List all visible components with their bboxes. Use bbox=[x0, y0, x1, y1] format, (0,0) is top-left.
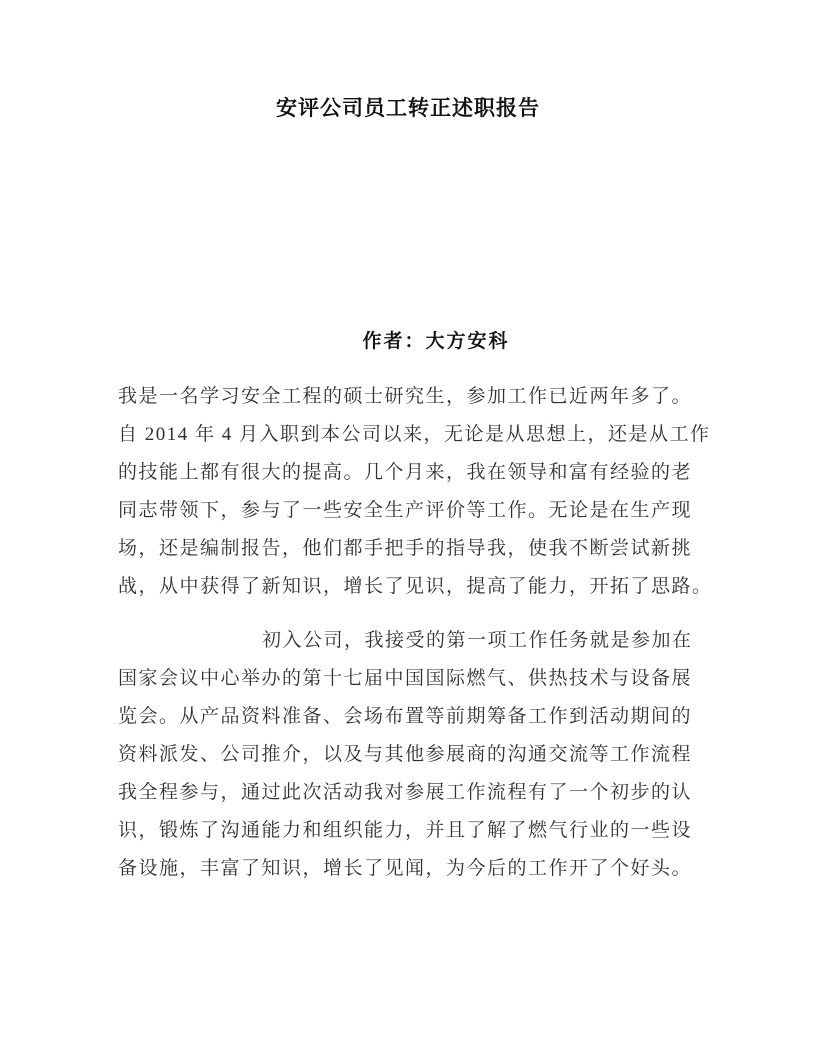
document-page: 安评公司员工转正述职报告 作者：大方安科 我是一名学习安全工程的硕士研究生，参加… bbox=[0, 0, 816, 1056]
body-line: 战，从中获得了新知识，增长了见识，提高了能力，开拓了思路。 bbox=[118, 568, 710, 606]
body-line: 备设施，丰富了知识，增长了见闻，为今后的工作开了个好头。 bbox=[118, 850, 710, 888]
body-line: 国家会议中心举办的第十七届中国国际燃气、供热技术与设备展 bbox=[118, 660, 710, 698]
document-body: 我是一名学习安全工程的硕士研究生，参加工作已近两年多了。 自 2014 年 4 … bbox=[118, 378, 710, 888]
document-title: 安评公司员工转正述职报告 bbox=[0, 93, 816, 123]
body-line: 场，还是编制报告，他们都手把手的指导我，使我不断尝试新挑 bbox=[118, 530, 710, 568]
body-line: 我全程参与，通过此次活动我对参展工作流程有了一个初步的认 bbox=[118, 774, 710, 812]
paragraph-2: 初入公司，我接受的第一项工作任务就是参加在 国家会议中心举办的第十七届中国国际燃… bbox=[118, 622, 710, 888]
paragraph-1: 我是一名学习安全工程的硕士研究生，参加工作已近两年多了。 自 2014 年 4 … bbox=[118, 378, 710, 606]
body-line: 识，锻炼了沟通能力和组织能力，并且了解了燃气行业的一些设 bbox=[118, 812, 710, 850]
body-line: 初入公司，我接受的第一项工作任务就是参加在 bbox=[118, 622, 710, 660]
body-line: 的技能上都有很大的提高。几个月来，我在领导和富有经验的老 bbox=[118, 454, 710, 492]
body-line: 我是一名学习安全工程的硕士研究生，参加工作已近两年多了。 bbox=[118, 378, 710, 416]
author-line: 作者：大方安科 bbox=[0, 329, 816, 355]
body-line: 同志带领下，参与了一些安全生产评价等工作。无论是在生产现 bbox=[118, 492, 710, 530]
body-line: 自 2014 年 4 月入职到本公司以来，无论是从思想上，还是从工作 bbox=[118, 416, 710, 454]
body-line: 资料派发、公司推介，以及与其他参展商的沟通交流等工作流程 bbox=[118, 736, 710, 774]
body-line: 览会。从产品资料准备、会场布置等前期筹备工作到活动期间的 bbox=[118, 698, 710, 736]
